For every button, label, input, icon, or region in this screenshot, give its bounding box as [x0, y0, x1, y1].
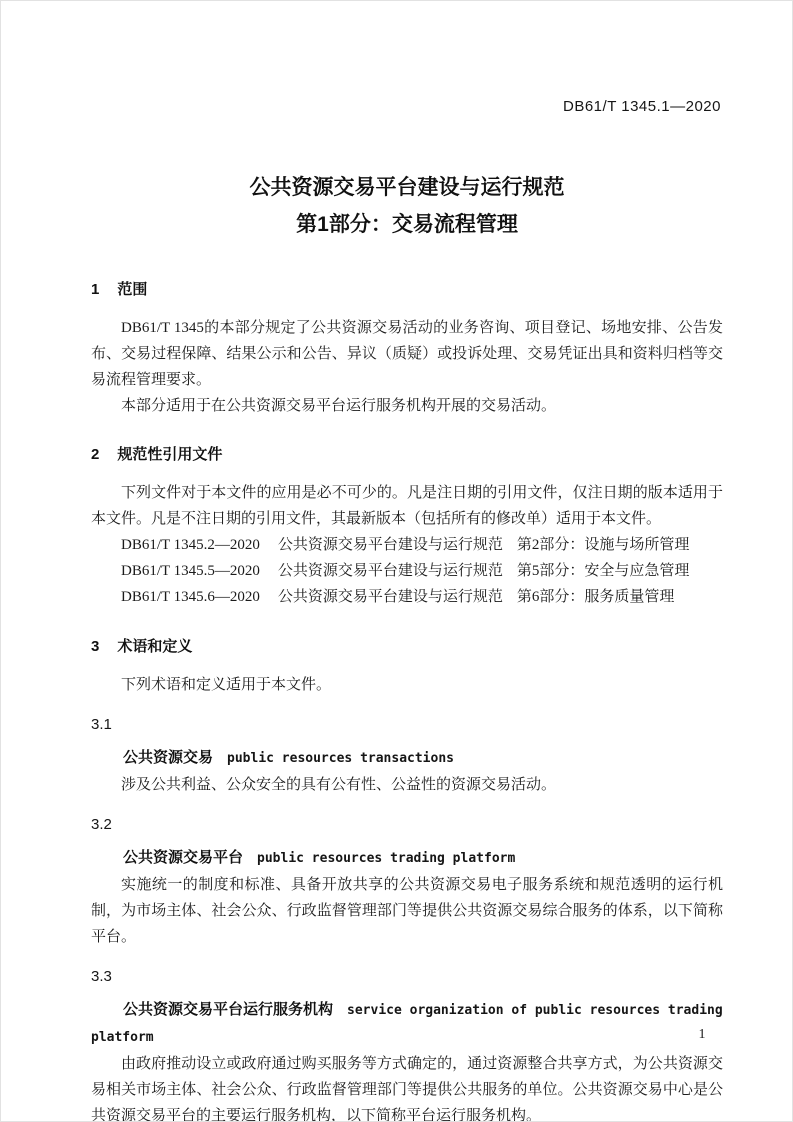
section-scope-heading: 1范围 — [91, 280, 723, 300]
document-title-line2: 第1部分：交易流程管理 — [91, 206, 723, 243]
document-page: DB61/T 1345.1—2020 公共资源交易平台建设与运行规范 第1部分：… — [0, 0, 793, 1122]
term-definition: 涉及公共利益、公众安全的具有公有性、公益性的资源交易活动。 — [91, 772, 723, 798]
term-definition: 实施统一的制度和标准、具备开放共享的公共资源交易电子服务系统和规范透明的运行机制… — [91, 872, 723, 950]
section-terms-heading: 3术语和定义 — [91, 637, 723, 657]
reference-title: 公共资源交易平台建设与运行规范 — [278, 537, 503, 553]
term-number: 3.2 — [91, 812, 723, 838]
term-block-3-2: 3.2 公共资源交易平台public resources trading pla… — [91, 812, 723, 950]
reference-item: DB61/T 1345.6—2020公共资源交易平台建设与运行规范第6部分：服务… — [91, 584, 723, 610]
term-name-en: public resources trading platform — [257, 851, 515, 866]
references-intro-paragraph: 下列文件对于本文件的应用是必不可少的。凡是注日期的引用文件，仅注日期的版本适用于… — [91, 480, 723, 532]
page-number: 1 — [695, 1027, 709, 1043]
reference-list: DB61/T 1345.2—2020公共资源交易平台建设与运行规范第2部分：设施… — [91, 532, 723, 610]
document-title: 公共资源交易平台建设与运行规范 第1部分：交易流程管理 — [91, 169, 723, 243]
term-definition: 由政府推动设立或政府通过购买服务等方式确定的，通过资源整合共享方式，为公共资源交… — [91, 1051, 723, 1122]
section-terms-definitions: 3术语和定义 下列术语和定义适用于本文件。 3.1 公共资源交易public r… — [91, 637, 723, 1122]
section-heading-text: 范围 — [117, 280, 147, 300]
reference-code: DB61/T 1345.6—2020 — [121, 589, 260, 605]
document-title-line1: 公共资源交易平台建设与运行规范 — [91, 169, 723, 206]
term-name-en: public resources transactions — [227, 751, 454, 766]
reference-code: DB61/T 1345.5—2020 — [121, 563, 260, 579]
scope-paragraph-1: DB61/T 1345的本部分规定了公共资源交易活动的业务咨询、项目登记、场地安… — [91, 315, 723, 393]
section-number: 1 — [91, 280, 99, 300]
section-number: 2 — [91, 445, 99, 465]
term-block-3-3: 3.3 公共资源交易平台运行服务机构service organization o… — [91, 964, 723, 1122]
page-content: 公共资源交易平台建设与运行规范 第1部分：交易流程管理 1范围 DB61/T 1… — [91, 1, 723, 1122]
reference-title: 公共资源交易平台建设与运行规范 — [278, 563, 503, 579]
section-heading-text: 术语和定义 — [117, 637, 192, 657]
section-heading-text: 规范性引用文件 — [117, 445, 222, 465]
term-number: 3.1 — [91, 712, 723, 738]
reference-part: 第6部分：服务质量管理 — [517, 589, 675, 605]
section-number: 3 — [91, 637, 99, 657]
reference-item: DB61/T 1345.2—2020公共资源交易平台建设与运行规范第2部分：设施… — [91, 532, 723, 558]
section-normative-references: 2规范性引用文件 下列文件对于本文件的应用是必不可少的。凡是注日期的引用文件，仅… — [91, 445, 723, 610]
term-heading: 公共资源交易平台运行服务机构service organization of pu… — [91, 997, 723, 1051]
reference-item: DB61/T 1345.5—2020公共资源交易平台建设与运行规范第5部分：安全… — [91, 558, 723, 584]
reference-part: 第5部分：安全与应急管理 — [517, 563, 690, 579]
reference-code: DB61/T 1345.2—2020 — [121, 537, 260, 553]
term-name-zh: 公共资源交易 — [123, 749, 213, 766]
term-heading: 公共资源交易public resources transactions — [91, 745, 723, 772]
term-name-zh: 公共资源交易平台 — [123, 849, 243, 866]
term-name-zh: 公共资源交易平台运行服务机构 — [123, 1001, 333, 1018]
section-scope: 1范围 DB61/T 1345的本部分规定了公共资源交易活动的业务咨询、项目登记… — [91, 280, 723, 419]
scope-paragraph-2: 本部分适用于在公共资源交易平台运行服务机构开展的交易活动。 — [91, 393, 723, 419]
section-references-heading: 2规范性引用文件 — [91, 445, 723, 465]
term-heading: 公共资源交易平台public resources trading platfor… — [91, 845, 723, 872]
term-number: 3.3 — [91, 964, 723, 990]
term-block-3-1: 3.1 公共资源交易public resources transactions … — [91, 712, 723, 798]
reference-title: 公共资源交易平台建设与运行规范 — [278, 589, 503, 605]
terms-intro-paragraph: 下列术语和定义适用于本文件。 — [91, 672, 723, 698]
reference-part: 第2部分：设施与场所管理 — [517, 537, 690, 553]
